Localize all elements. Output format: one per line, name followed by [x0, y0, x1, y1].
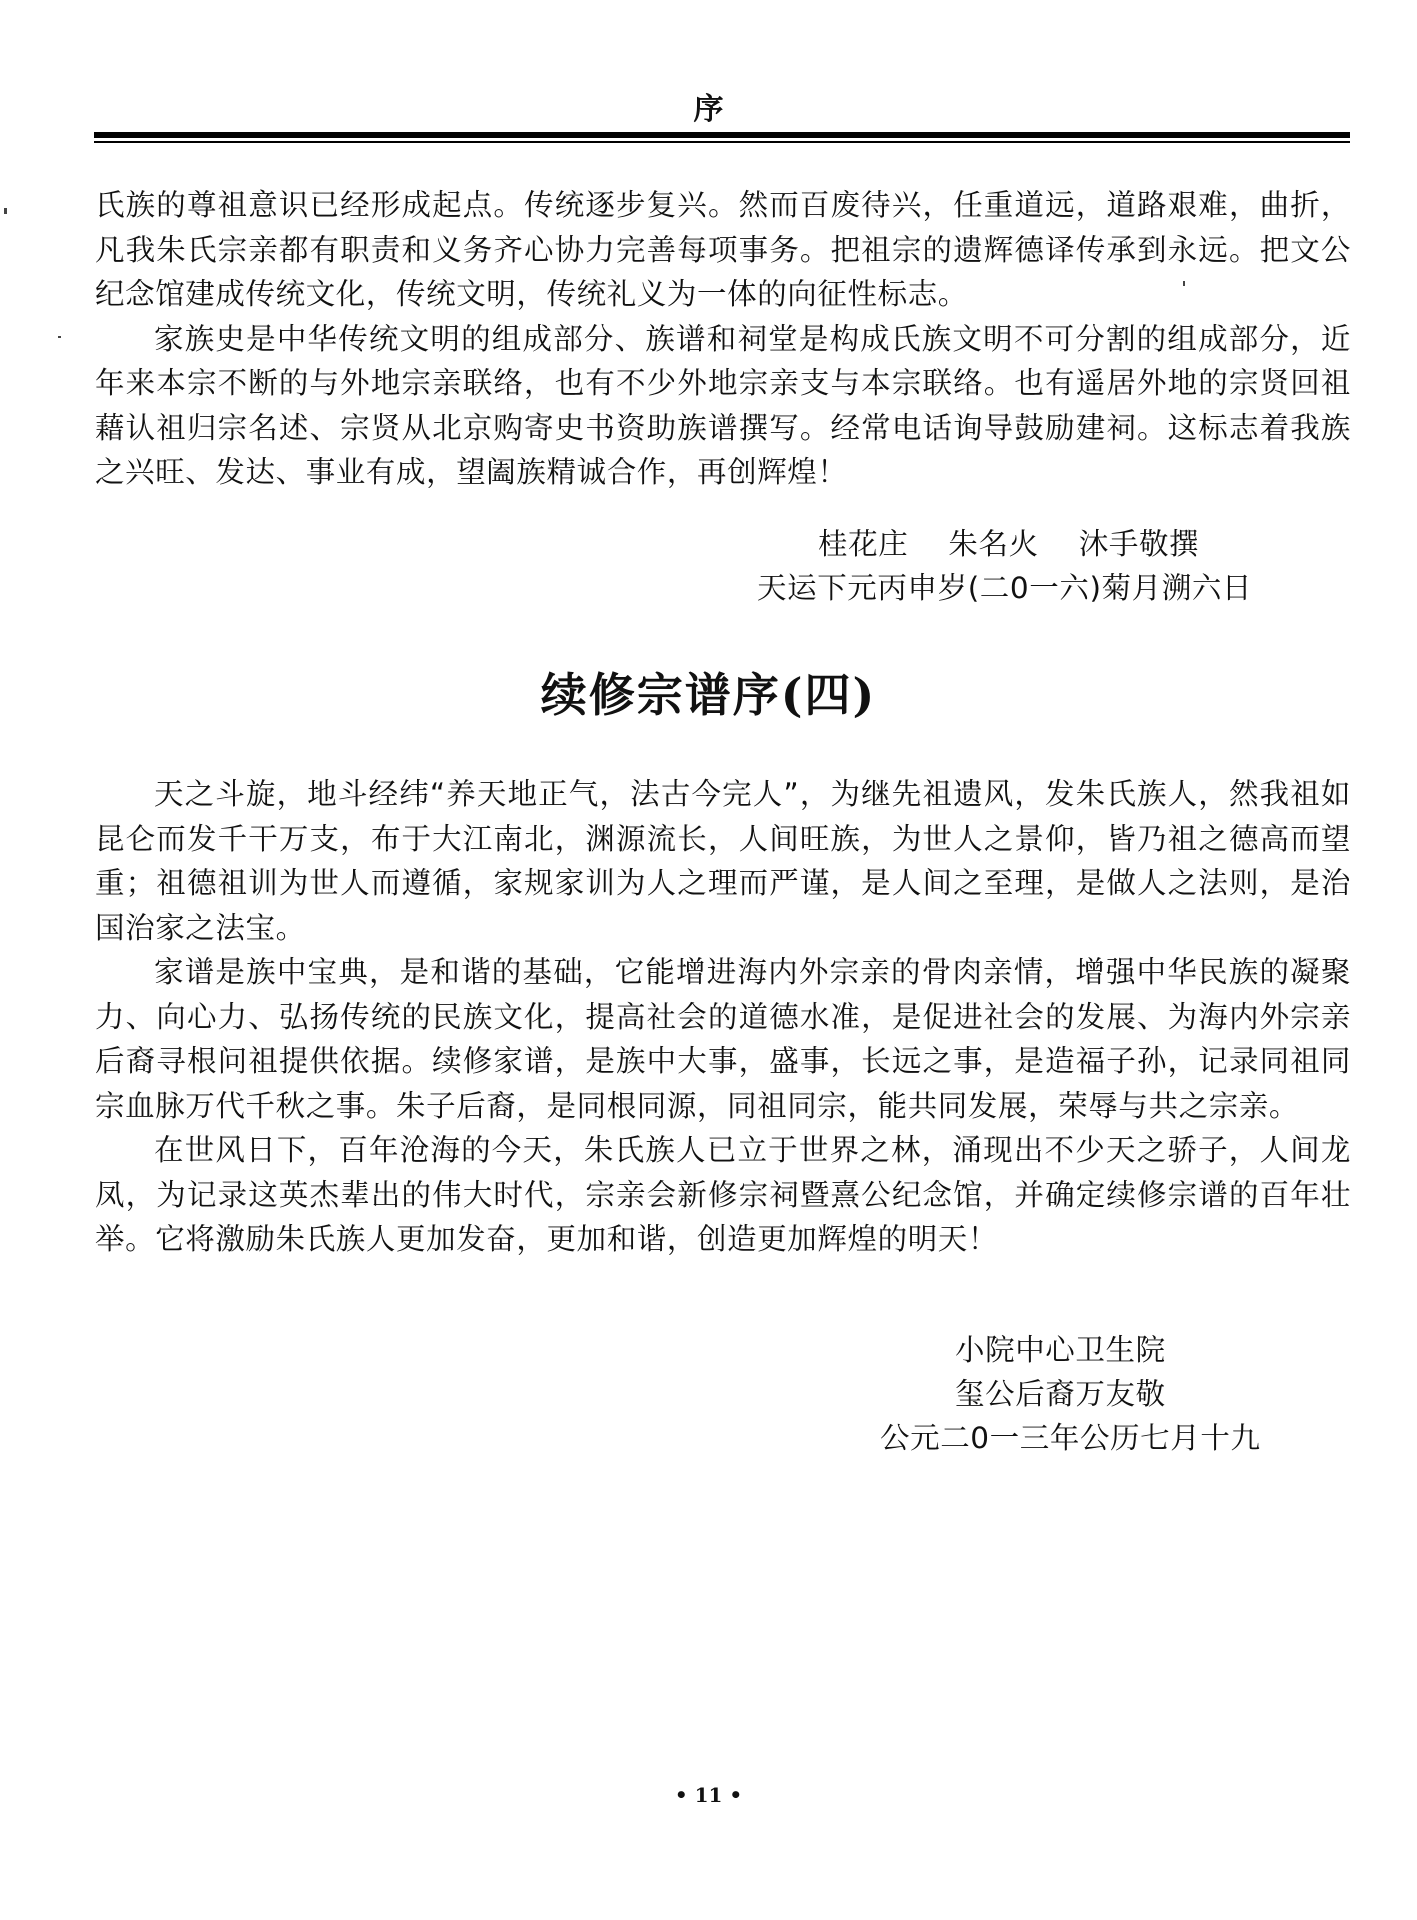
paragraph: 家谱是族中宝典，是和谐的基础，它能增进海内外宗亲的骨肉亲情，增强中华民族的凝聚力…: [95, 950, 1351, 1128]
preface-four-body: 天之斗旋，地斗经纬“养天地正气，法古今完人”，为继先祖遗风，发朱氏族人，然我祖如…: [95, 772, 1351, 1262]
section-title: 续修宗谱序(四): [0, 665, 1417, 725]
scan-speck: [1183, 281, 1185, 286]
author-affiliation: 小院中心卫生院: [955, 1328, 1166, 1373]
paragraph: 天之斗旋，地斗经纬“养天地正气，法古今完人”，为继先祖遗风，发朱氏族人，然我祖如…: [95, 772, 1351, 950]
document-page: 序 氏族的尊祖意识已经形成起点。传统逐步复兴。然而百废待兴，任重道远，道路艰难，…: [0, 0, 1417, 1920]
signature-date: 天运下元丙申岁(二0一六)菊月溯六日: [757, 566, 1252, 611]
scan-speck: [58, 336, 61, 338]
header-rule-thin: [94, 141, 1350, 143]
paragraph: 在世风日下，百年沧海的今天，朱氏族人已立于世界之林，涌现出不少天之骄子，人间龙凤…: [95, 1128, 1351, 1262]
header-rule-thick: [94, 132, 1350, 138]
author-signature: 玺公后裔万友敬: [955, 1372, 1166, 1417]
page-number: • 11 •: [0, 1782, 1417, 1808]
signature-date: 公元二0一三年公历七月十九: [880, 1416, 1261, 1461]
author-signature: 桂花庄 朱名火 沐手敬撰: [818, 522, 1199, 567]
scan-speck: [4, 208, 7, 214]
paragraph: 家族史是中华传统文明的组成部分、族谱和祠堂是构成氏族文明不可分割的组成部分，近年…: [95, 317, 1351, 495]
paragraph: 氏族的尊祖意识已经形成起点。传统逐步复兴。然而百废待兴，任重道远，道路艰难，曲折…: [95, 183, 1351, 317]
preface-continuation: 氏族的尊祖意识已经形成起点。传统逐步复兴。然而百废待兴，任重道远，道路艰难，曲折…: [95, 183, 1351, 495]
running-head: 序: [0, 92, 1417, 128]
